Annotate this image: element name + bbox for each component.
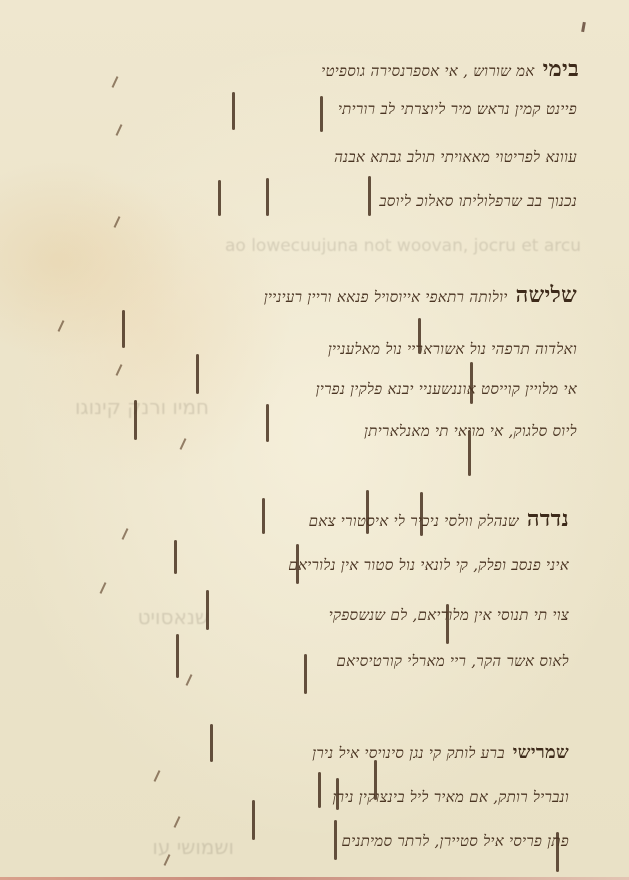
ink-descender bbox=[252, 800, 255, 840]
manuscript-line: נדדהשנהלק וולסי ניכיר לי איסטורי צאם bbox=[309, 506, 569, 532]
stanza-head: נדדה bbox=[527, 506, 569, 532]
ink-descender bbox=[334, 820, 337, 860]
ink-tick bbox=[58, 320, 65, 332]
ink-descender bbox=[266, 178, 269, 216]
ink-descender bbox=[318, 772, 321, 808]
bleed-through-line: ושמושי עו bbox=[152, 835, 234, 859]
folio-mark bbox=[581, 22, 586, 32]
bleed-through-line: ao lowecuujuna not woovan, jocru et arcu bbox=[225, 236, 581, 256]
ink-tick bbox=[100, 582, 107, 594]
manuscript-line: שלישהיולותה רתאפי אייוסויל פנאא וריין רע… bbox=[264, 282, 577, 308]
manuscript-line: לאוס אשר הקר, ריי מארלי קורטיסיאם bbox=[336, 652, 569, 671]
manuscript-line: ונבריל רותק, אם מאיר ליל בינצוקין נירן bbox=[333, 788, 569, 807]
ink-descender bbox=[206, 590, 209, 630]
ink-descender bbox=[134, 400, 137, 440]
ink-tick bbox=[154, 770, 161, 782]
ink-descender bbox=[368, 176, 371, 216]
manuscript-page: ao lowecuujuna not woovan, jocru et arcu… bbox=[0, 0, 629, 880]
stanza-head: בימי bbox=[543, 56, 579, 82]
ink-descender bbox=[336, 778, 339, 810]
ink-descender bbox=[374, 760, 377, 800]
stanza-head: שמרישי bbox=[513, 742, 569, 763]
ink-descender bbox=[232, 92, 235, 130]
ink-descender bbox=[174, 540, 177, 574]
manuscript-line: פיינט קמין נראש מיר ליוצרתי לב רוריתי bbox=[338, 100, 577, 119]
bleed-through-line: חמיו ורנק קינוגו bbox=[75, 395, 209, 419]
ink-descender bbox=[196, 354, 199, 394]
ink-descender bbox=[266, 404, 269, 442]
ink-descender bbox=[296, 544, 299, 584]
stanza-head: שלישה bbox=[516, 282, 577, 308]
manuscript-line: בימיאמ שורוש , אי אספרנסירה גוספיטי bbox=[321, 56, 579, 82]
ink-tick bbox=[180, 438, 187, 450]
ink-descender bbox=[218, 180, 221, 216]
manuscript-line: איני פנסב ופלק, קי לונאי נול סטור אין נל… bbox=[288, 556, 569, 575]
ink-descender bbox=[210, 724, 213, 762]
manuscript-line: אי מלויין קוייסט אוננשעניי יבנא פלקין נפ… bbox=[316, 380, 577, 399]
ink-descender bbox=[176, 634, 179, 678]
manuscript-line: עוונא לפריטוי מאאויתי תולב גבתא אבנה bbox=[334, 148, 577, 167]
ink-tick bbox=[116, 124, 123, 136]
bleed-through-line: שנאסויט bbox=[138, 605, 209, 629]
ink-descender bbox=[366, 490, 369, 534]
manuscript-line: שמרישיברע לותק קי נגן סינויסי איל נירן bbox=[312, 742, 569, 763]
ink-descender bbox=[556, 832, 559, 872]
ink-descender bbox=[122, 310, 125, 348]
ink-descender bbox=[420, 492, 423, 536]
ink-descender bbox=[470, 362, 473, 404]
manuscript-line: נכנוך בב שרפלוליתו סאלוכ ליוסב bbox=[379, 192, 577, 211]
ink-tick bbox=[186, 674, 193, 686]
ink-descender bbox=[320, 96, 323, 132]
ink-descender bbox=[468, 430, 471, 476]
ink-tick bbox=[114, 216, 121, 228]
ink-tick bbox=[174, 816, 181, 828]
manuscript-line: פתן פריסי איל סטיירן, לרתר סמיתנים bbox=[342, 832, 569, 851]
ink-descender bbox=[446, 604, 449, 644]
ink-descender bbox=[304, 654, 307, 694]
ink-descender bbox=[418, 318, 421, 354]
ink-tick bbox=[116, 364, 123, 376]
ink-tick bbox=[112, 76, 119, 88]
manuscript-line: ואלדוה תרפהי נול אשוראריי נול מאלעניין bbox=[328, 340, 577, 359]
ink-descender bbox=[262, 498, 265, 534]
ink-tick bbox=[122, 528, 129, 540]
